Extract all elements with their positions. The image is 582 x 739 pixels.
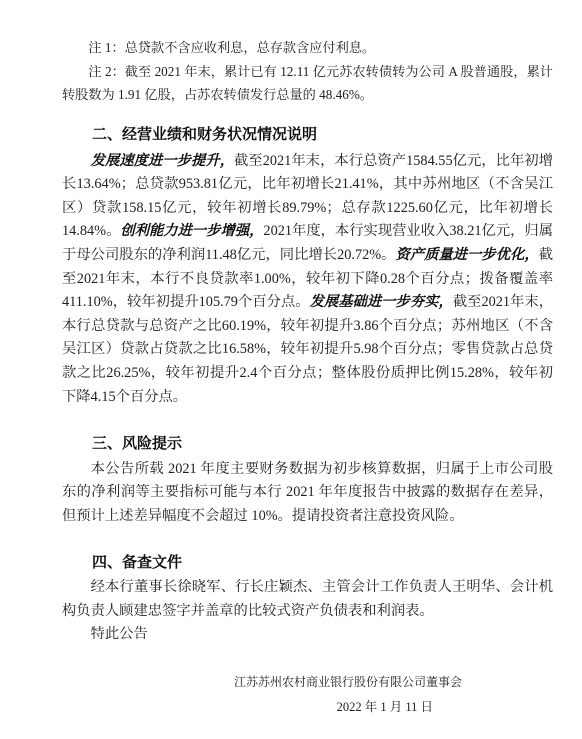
emphasis-run-growth: 发展速度进一步提升， — [91, 153, 234, 169]
business-paragraph: 发展速度进一步提升，截至2021年末，本行总资产1584.55亿元，比年初增长1… — [62, 150, 553, 410]
signature-date: 2022 年 1 月 11 日 — [62, 695, 553, 719]
emphasis-run-profitability: 创利能力进一步增强， — [120, 223, 263, 239]
footnote-2: 注 2：截至 2021 年末，累计已有 12.11 亿元苏农转债转为公司 A 股… — [62, 60, 553, 107]
section-heading-business: 二、经营业绩和财务状况情况说明 — [62, 123, 553, 147]
risk-paragraph: 本公告所载 2021 年度主要财务数据为初步核算数据，归属于上市公司股东的净利润… — [62, 458, 553, 529]
announcement-page: 注 1：总贷款不含应收利息，总存款含应付利息。 注 2：截至 2021 年末，累… — [0, 0, 582, 739]
emphasis-run-asset-quality: 资产质量进一步优化， — [396, 247, 539, 263]
emphasis-run-foundation: 发展基础进一步夯实， — [310, 294, 453, 310]
document-body: 注 1：总贷款不含应收利息，总存款含应付利息。 注 2：截至 2021 年末，累… — [62, 36, 553, 719]
text-run-foundation-detail: 截至2021年末，本行总贷款与总资产之比60.19%，较年初提升3.86个百分点… — [62, 294, 553, 404]
footnote-1: 注 1：总贷款不含应收利息，总存款含应付利息。 — [62, 36, 553, 60]
section-heading-risk: 三、风险提示 — [62, 432, 553, 456]
signature-block: 江苏苏州农村商业银行股份有限公司董事会 2022 年 1 月 11 日 — [62, 671, 553, 719]
closing-statement: 特此公告 — [62, 623, 553, 647]
signature-company: 江苏苏州农村商业银行股份有限公司董事会 — [62, 671, 553, 695]
section-heading-documents: 四、备查文件 — [62, 551, 553, 575]
documents-paragraph: 经本行董事长徐晓军、行长庄颖杰、主管会计工作负责人王明华、会计机构负责人顾建忠签… — [62, 576, 553, 623]
